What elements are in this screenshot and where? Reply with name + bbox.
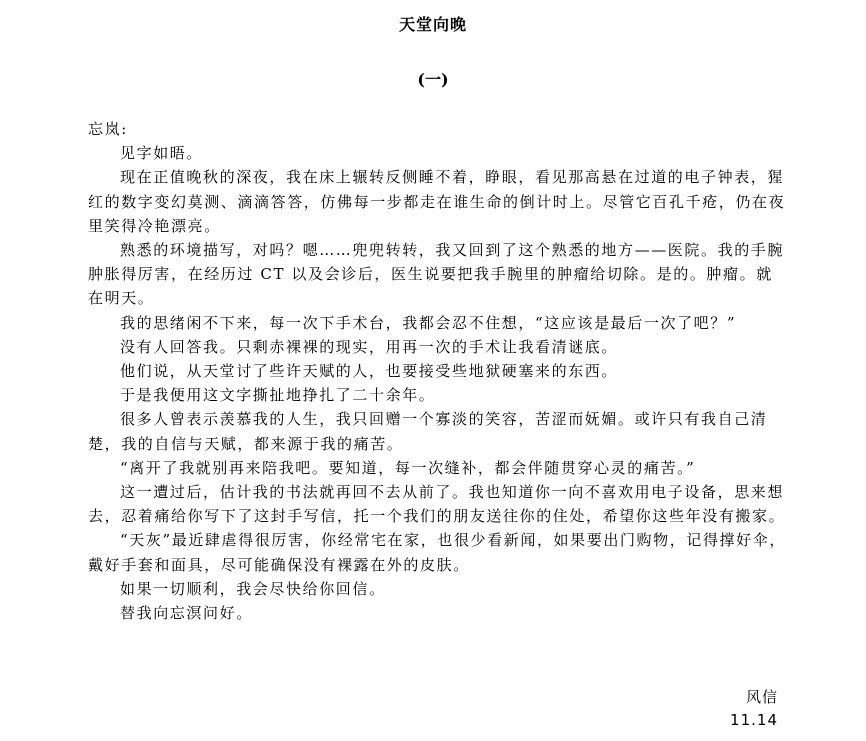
paragraph: 于是我便用这文字撕扯地挣扎了二十余年。 [88,383,788,407]
date: 11.14 [730,711,778,729]
paragraph: 没有人回答我。只剩赤裸裸的现实，用再一次的手术让我看清谜底。 [88,335,788,359]
paragraph: 替我向忘溟问好。 [88,601,788,625]
paragraph: 见字如晤。 [88,141,788,165]
section-heading: (一) [0,67,866,90]
signature: 风信 [746,686,778,707]
paragraph: “离开了我就别再来陪我吧。要知道，每一次缝补，都会伴随贯穿心灵的痛苦。” [88,456,788,480]
paragraph: 熟悉的环境描写，对吗？嗯……兜兜转转，我又回到了这个熟悉的地方——医院。我的手腕… [88,238,788,311]
salutation: 忘岚: [88,117,788,141]
paragraph: 现在正值晚秋的深夜，我在床上辗转反侧睡不着，睁眼，看见那高悬在过道的电子钟表，猩… [88,165,788,238]
letter-page: 天堂向晚 (一) 忘岚: 见字如晤。 现在正值晚秋的深夜，我在床上辗转反侧睡不着… [0,0,866,741]
paragraph: 我的思绪闲不下来，每一次下手术台，我都会忍不住想，“这应该是最后一次了吧？” [88,311,788,335]
paragraph: 很多人曾表示羡慕我的人生，我只回赠一个寡淡的笑容，苦涩而妩媚。或许只有我自己清楚… [88,407,788,455]
document-title: 天堂向晚 [0,12,866,35]
paragraph: 这一遭过后，估计我的书法就再回不去从前了。我也知道你一向不喜欢用电子设备，思来想… [88,480,788,528]
paragraph: “天灰”最近肆虐得很厉害，你经常宅在家，也很少看新闻，如果要出门购物，记得撑好伞… [88,528,788,576]
letter-body: 忘岚: 见字如晤。 现在正值晚秋的深夜，我在床上辗转反侧睡不着，睁眼，看见那高悬… [88,117,788,625]
paragraph: 他们说，从天堂讨了些许天赋的人，也要接受些地狱硬塞来的东西。 [88,359,788,383]
paragraph: 如果一切顺利，我会尽快给你回信。 [88,577,788,601]
